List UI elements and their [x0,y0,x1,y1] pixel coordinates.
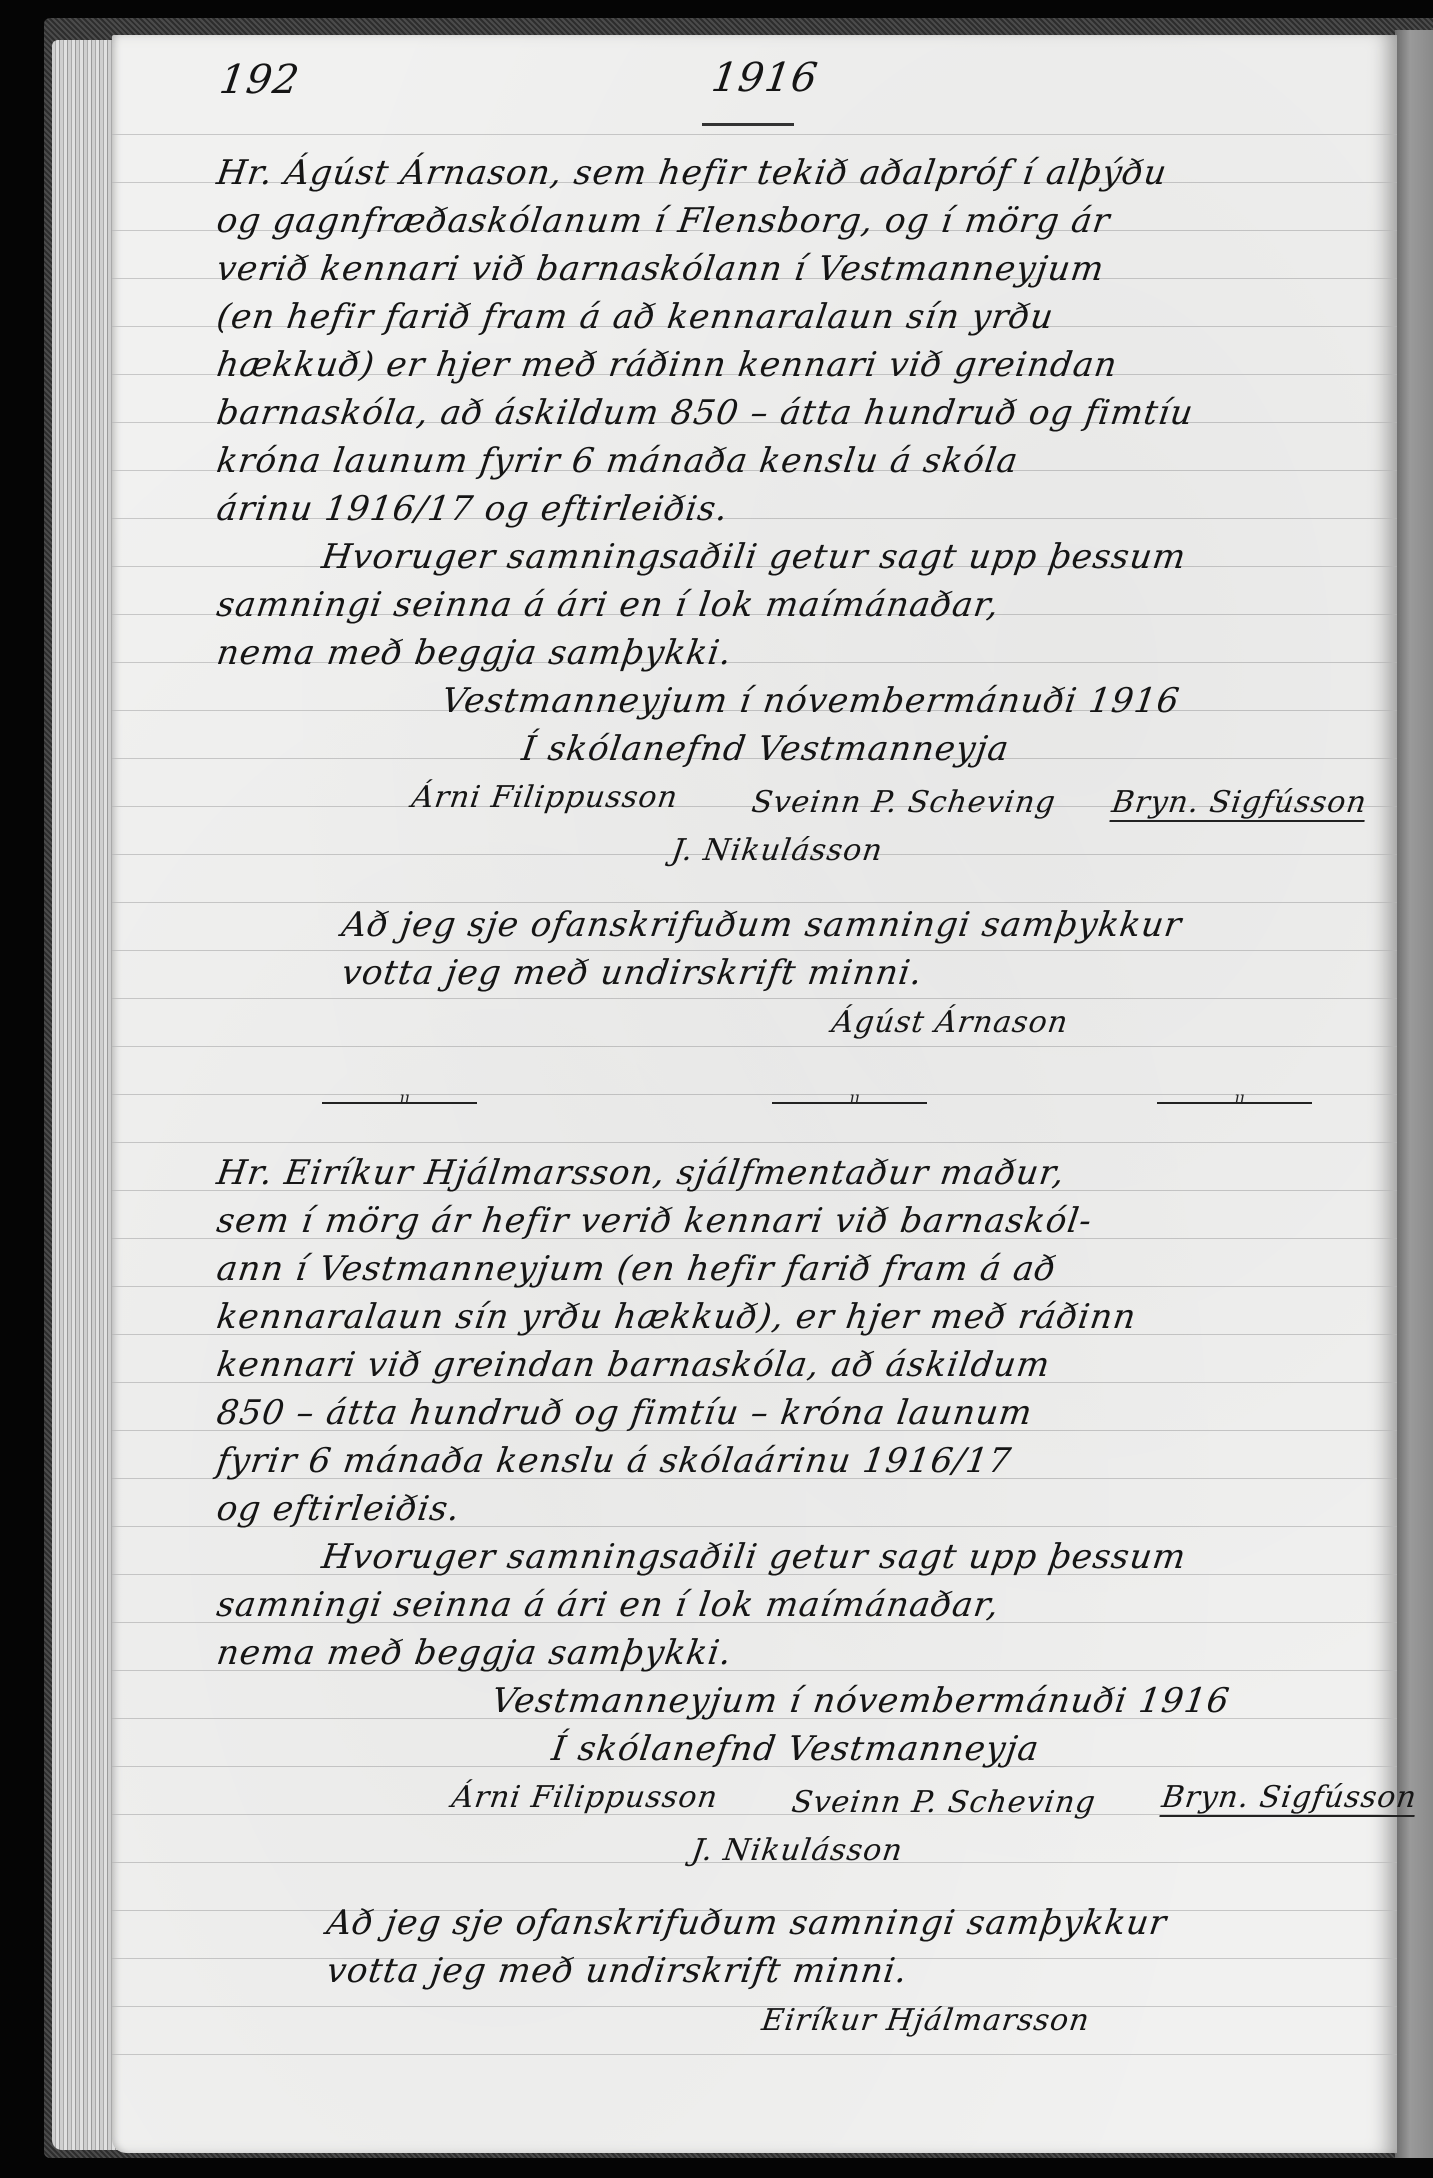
entry-line: (en hefir farið fram á að kennaralaun sí… [214,297,1056,337]
consent-signature: Eiríkur Hjálmarsson [760,2003,1093,2038]
entry-line: verið kennari við barnaskólann í Vestman… [214,249,1107,289]
committee-name: Í skólanefnd Vestmanneyja [549,1729,1042,1769]
committee-name: Í skólanefnd Vestmanneyja [519,729,1012,769]
signature-arni: Árni Filippusson [410,780,681,815]
signature-nikulasson: J. Nikulásson [670,833,886,868]
consent-line: votta jeg með undirskrift minni. [324,1951,910,1991]
entry-line: 850 – átta hundruð og fimtíu – króna lau… [214,1393,1035,1433]
entry-line: og eftirleiðis. [214,1489,463,1529]
signature-brynjolfur: Bryn. Sigfússon [1159,1780,1419,1817]
place-date: Vestmanneyjum í nóvembermánuði 1916 [439,681,1182,721]
separator-rule [322,1102,477,1104]
year-heading: 1916 [709,55,821,101]
signature-arni: Árni Filippusson [450,1780,721,1815]
entry-line: árinu 1916/17 og eftirleiðis. [214,489,731,529]
entry-line: barnaskóla, að áskildum 850 – átta hundr… [214,393,1196,433]
signature-brynjolfur: Bryn. Sigfússon [1109,785,1369,822]
consent-signature: Ágúst Árnason [830,1005,1071,1040]
entry-line: sem í mörg ár hefir verið kennari við ba… [214,1201,1094,1241]
clause-line: nema með beggja samþykki. [214,633,734,673]
place-date: Vestmanneyjum í nóvembermánuði 1916 [489,1681,1232,1721]
entry-line: kennari við greindan barnaskóla, að áski… [214,1345,1053,1385]
entry-line: hækkuð) er hjer með ráðinn kennari við g… [214,345,1120,385]
clause-line: samningi seinna á ári en í lok maímánaða… [214,585,1002,625]
signature-nikulasson: J. Nikulásson [690,1833,906,1868]
entry-line: Hr. Ágúst Árnason, sem hefir tekið aðalp… [214,153,1170,193]
page-number: 192 [217,57,303,103]
clause-line: samningi seinna á ári en í lok maímánaða… [214,1585,1002,1625]
separator-rule [1157,1102,1312,1104]
clause-line: Hvoruger samningsaðili getur sagt upp þe… [319,1537,1189,1577]
entry-line: Hr. Eiríkur Hjálmarsson, sjálfmentaður m… [214,1153,1067,1193]
entry-line: ann í Vestmanneyjum (en hefir farið fram… [214,1249,1059,1289]
signature-sveinn: Sveinn P. Scheving [750,785,1059,820]
entry-line: kennaralaun sín yrðu hækkuð), er hjer me… [214,1297,1139,1337]
clause-line: Hvoruger samningsaðili getur sagt upp þe… [319,537,1189,577]
consent-line: Að jeg sje ofanskrifuðum samningi samþyk… [324,1903,1169,1943]
signature-sveinn: Sveinn P. Scheving [790,1785,1099,1820]
entry-line: fyrir 6 mánaða kenslu á skólaárinu 1916/… [214,1441,1014,1481]
consent-line: votta jeg með undirskrift minni. [339,953,925,993]
facing-page-edge [1395,30,1433,2158]
entry-line: króna launum fyrir 6 mánaða kenslu á skó… [214,441,1021,481]
ledger-page: 192 1916 Hr. Ágúst Árnason, sem hefir te… [112,35,1397,2153]
separator-rule [772,1102,927,1104]
consent-line: Að jeg sje ofanskrifuðum samningi samþyk… [339,905,1184,945]
year-underline [702,123,794,126]
clause-line: nema með beggja samþykki. [214,1633,734,1673]
entry-line: og gagnfræðaskólanum í Flensborg, og í m… [214,201,1113,241]
